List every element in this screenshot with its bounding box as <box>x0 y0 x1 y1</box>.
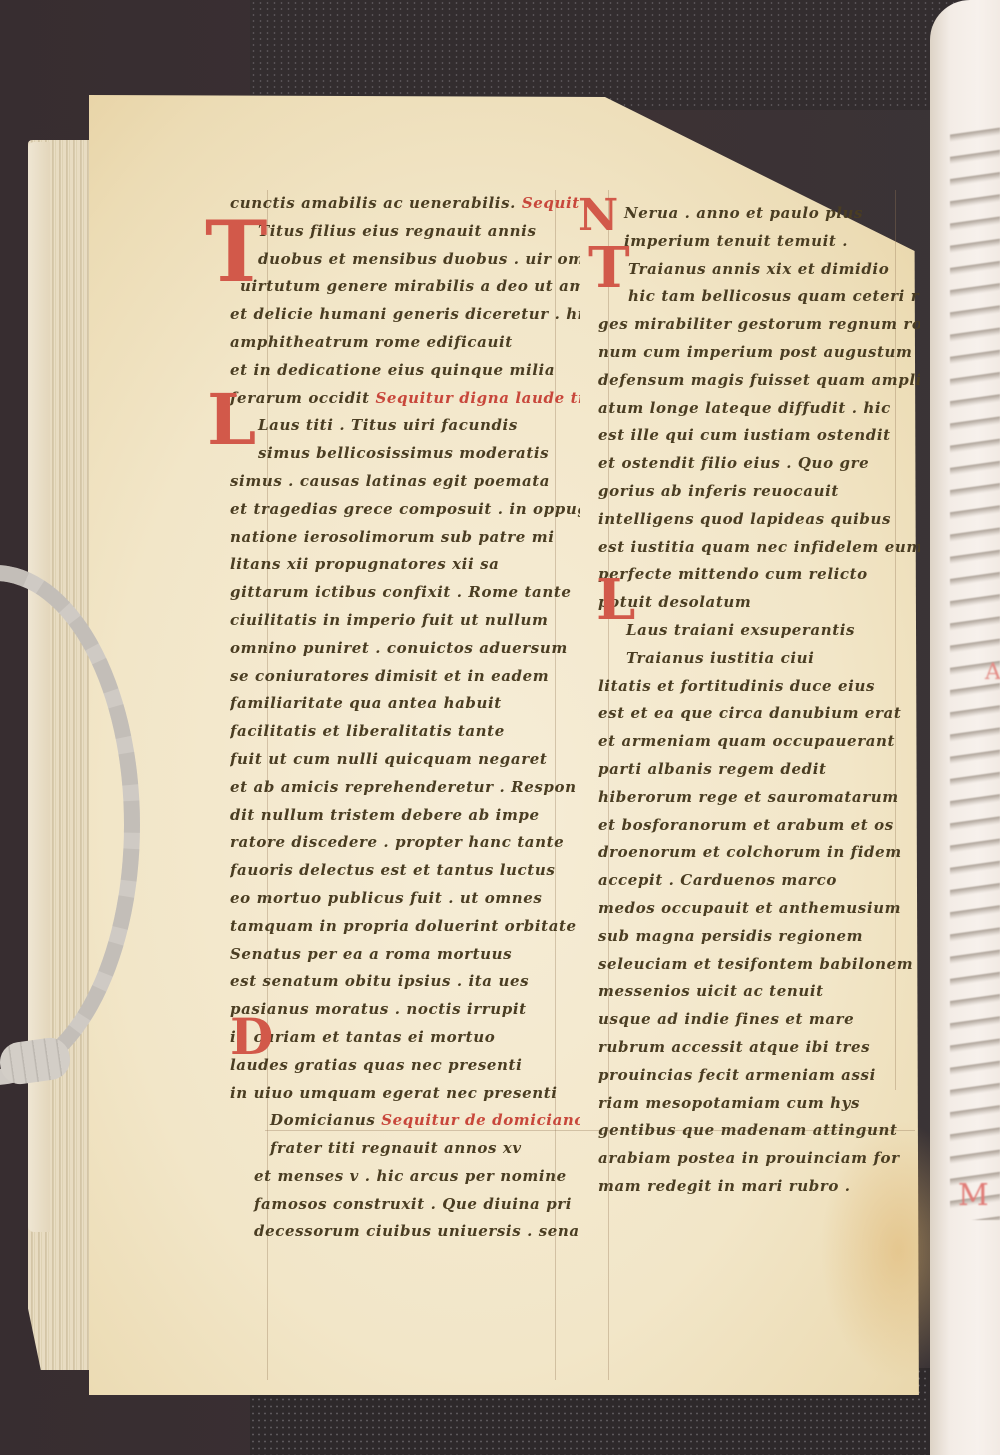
text-line: Senatus per ea a roma mortuus <box>230 941 580 969</box>
text-line: Traianus iustitia ciui <box>598 645 920 673</box>
line-text: est et ea que circa danubium erat <box>598 704 901 722</box>
line-text: omnino puniret . conuictos aduersum <box>230 639 568 657</box>
line-text: droenorum et colchorum in fidem <box>598 843 902 861</box>
facing-page-red-initial: M <box>958 1178 989 1213</box>
text-line: omnino puniret . conuictos aduersum <box>230 635 580 663</box>
text-line: se coniuratores dimisit et in eadem <box>230 663 580 691</box>
line-text: famosos construxit . Que diuina pri <box>254 1195 572 1213</box>
line-text: imperium tenuit temuit . <box>624 232 848 250</box>
line-text: ciuilitatis in imperio fuit ut nullum <box>230 611 548 629</box>
line-text: usque ad indie fines et mare <box>598 1010 854 1028</box>
text-line: amphitheatrum rome edificauit <box>230 329 580 357</box>
text-line: familiaritate qua antea habuit <box>230 690 580 718</box>
line-text: riam mesopotamiam cum hys <box>598 1094 860 1112</box>
text-line: et bosforanorum et arabum et os <box>598 812 920 840</box>
line-text: simus bellicosissimus moderatis <box>258 444 549 462</box>
line-text: ratore discedere . propter hanc tante <box>230 833 564 851</box>
text-line: frater titi regnauit annos xv <box>230 1135 580 1163</box>
line-text: facilitatis et liberalitatis tante <box>230 722 505 740</box>
line-text: num cum imperium post augustum <box>598 343 913 361</box>
line-text: duobus et mensibus duobus . uir omni <box>258 250 580 268</box>
line-text: atum longe lateque diffudit . hic <box>598 399 891 417</box>
text-line: droenorum et colchorum in fidem <box>598 839 920 867</box>
line-text: Traianus annis xix et dimidio <box>628 260 889 278</box>
text-line: rubrum accessit atque ibi tres <box>598 1034 920 1062</box>
line-text: fauoris delectus est et tantus luctus <box>230 861 555 879</box>
line-text: seleuciam et tesifontem babilonem <box>598 955 913 973</box>
line-text: Domicianus <box>270 1111 375 1129</box>
text-line: litans xii propugnatores xii sa <box>230 551 580 579</box>
line-text: sub magna persidis regionem <box>598 927 863 945</box>
line-text: Laus traiani exsuperantis <box>626 621 855 639</box>
line-text: parti albanis regem dedit <box>598 760 827 778</box>
line-text: perfecte mittendo cum relicto <box>598 565 868 583</box>
text-line: seleuciam et tesifontem babilonem <box>598 951 920 979</box>
line-text: defensum magis fuisset quam ampli <box>598 371 920 389</box>
line-text: et tragedias grece composuit . in oppug <box>230 500 580 518</box>
text-line: natione ierosolimorum sub patre mi <box>230 524 580 552</box>
text-line: et in dedicatione eius quinque milia <box>230 357 580 385</box>
text-line: et ostendit filio eius . Quo gre <box>598 450 920 478</box>
text-line: messenios uicit ac tenuit <box>598 978 920 1006</box>
line-text: et delicie humani generis diceretur . hi… <box>230 305 580 323</box>
left-text-column: cunctis amabilis ac uenerabilis. Sequitu… <box>230 190 580 1246</box>
line-text: eo mortuo publicus fuit . ut omnes <box>230 889 542 907</box>
line-text: et ab amicis reprehenderetur . Respon <box>230 778 577 796</box>
rubric-heading: Sequitur de tito <box>522 194 580 212</box>
text-line: hiberorum rege et sauromatarum <box>598 784 920 812</box>
line-text: natione ierosolimorum sub patre mi <box>230 528 555 546</box>
text-line: num cum imperium post augustum <box>598 339 920 367</box>
text-line: duobus et mensibus duobus . uir omni <box>230 246 580 274</box>
text-line: est et ea que circa danubium erat <box>598 700 920 728</box>
text-line: est iustitia quam nec infidelem eum <box>598 534 920 562</box>
text-line: decessorum ciuibus uniuersis . senatus q… <box>230 1218 580 1246</box>
text-line: laudes gratias quas nec presenti <box>230 1052 580 1080</box>
text-line: eo mortuo publicus fuit . ut omnes <box>230 885 580 913</box>
text-line: et delicie humani generis diceretur . hi… <box>230 301 580 329</box>
text-line: ferarum occidit Sequitur digna laude tit… <box>230 385 580 413</box>
line-text: et ostendit filio eius . Quo gre <box>598 454 869 472</box>
text-line: gentibus que madenam attingunt <box>598 1117 920 1145</box>
line-text: arabiam postea in prouinciam for <box>598 1149 900 1167</box>
text-line: cunctis amabilis ac uenerabilis. Sequitu… <box>230 190 580 218</box>
text-line: Traianus annis xix et dimidio <box>598 256 920 284</box>
line-text: hic tam bellicosus quam ceteri re <box>628 287 920 305</box>
text-line: riam mesopotamiam cum hys <box>598 1090 920 1118</box>
line-text: est ille qui cum iustiam ostendit <box>598 426 891 444</box>
text-line: accepit . Carduenos marco <box>598 867 920 895</box>
text-line: ratore discedere . propter hanc tante <box>230 829 580 857</box>
text-line: et armeniam quam occupauerant <box>598 728 920 756</box>
line-text: rubrum accessit atque ibi tres <box>598 1038 870 1056</box>
text-line: intelligens quod lapideas quibus <box>598 506 920 534</box>
text-line: Titus filius eius regnauit annis <box>230 218 580 246</box>
text-line: uirtutum genere mirabilis a deo ut amor <box>230 273 580 301</box>
text-line: Domicianus Sequitur de domiciano <box>230 1107 580 1135</box>
line-text: Titus filius eius regnauit annis <box>258 222 536 240</box>
text-line: prouincias fecit armeniam assi <box>598 1062 920 1090</box>
text-line: hic tam bellicosus quam ceteri re <box>598 283 920 311</box>
line-text: medos occupauit et anthemusium <box>598 899 901 917</box>
line-text: gentibus que madenam attingunt <box>598 1121 898 1139</box>
line-text: dit nullum tristem debere ab impe <box>230 806 540 824</box>
line-text: et bosforanorum et arabum et os <box>598 816 894 834</box>
line-text: decessorum ciuibus uniuersis . senatus q… <box>254 1222 580 1240</box>
text-line: simus bellicosissimus moderatis <box>230 440 580 468</box>
text-line: fuit ut cum nulli quicquam negaret <box>230 746 580 774</box>
text-line: in uiuo umquam egerat nec presenti <box>230 1080 580 1108</box>
text-line: perfecte mittendo cum relicto <box>598 561 920 589</box>
speckled-backdrop-top <box>250 0 1000 110</box>
text-line: simus . causas latinas egit poemata <box>230 468 580 496</box>
facing-page-red-mark: A <box>985 660 1000 685</box>
line-text: Senatus per ea a roma mortuus <box>230 945 512 963</box>
text-line: dit nullum tristem debere ab impe <box>230 802 580 830</box>
line-text: est iustitia quam nec infidelem eum <box>598 538 920 556</box>
line-text: laudes gratias quas nec presenti <box>230 1056 522 1074</box>
text-line: Laus traiani exsuperantis <box>598 617 920 645</box>
initial-T-right: T <box>588 240 630 296</box>
line-text: amphitheatrum rome edificauit <box>230 333 513 351</box>
text-line: litatis et fortitudinis duce eius <box>598 673 920 701</box>
line-text: et menses v . hic arcus per nomine <box>254 1167 567 1185</box>
text-line: parti albanis regem dedit <box>598 756 920 784</box>
text-line: fauoris delectus est et tantus luctus <box>230 857 580 885</box>
line-text: hiberorum rege et sauromatarum <box>598 788 899 806</box>
text-line: atum longe lateque diffudit . hic <box>598 395 920 423</box>
line-text: fuit ut cum nulli quicquam negaret <box>230 750 547 768</box>
text-line: est ille qui cum iustiam ostendit <box>598 422 920 450</box>
text-line: defensum magis fuisset quam ampli <box>598 367 920 395</box>
line-text: prouincias fecit armeniam assi <box>598 1066 876 1084</box>
line-text: simus . causas latinas egit poemata <box>230 472 550 490</box>
rubric-heading: Sequitur de domiciano <box>381 1111 580 1129</box>
line-text: mam redegit in mari rubro . <box>598 1177 851 1195</box>
line-text: messenios uicit ac tenuit <box>598 982 824 1000</box>
line-text: litatis et fortitudinis duce eius <box>598 677 875 695</box>
initial-T-left: T <box>205 210 268 294</box>
line-text: se coniuratores dimisit et in eadem <box>230 667 549 685</box>
line-text: gorius ab inferis reuocauit <box>598 482 839 500</box>
line-text: et in dedicatione eius quinque milia <box>230 361 555 379</box>
initial-L-left: L <box>207 385 256 455</box>
initial-D-left: D <box>230 1012 273 1062</box>
text-line: imperium tenuit temuit . <box>598 228 920 256</box>
line-text: gittarum ictibus confixit . Rome tante <box>230 583 572 601</box>
line-text: ges mirabiliter gestorum regnum roma <box>598 315 920 333</box>
text-line: usque ad indie fines et mare <box>598 1006 920 1034</box>
line-text: frater titi regnauit annos xv <box>270 1139 522 1157</box>
text-line: sub magna persidis regionem <box>598 923 920 951</box>
text-line: Laus titi . Titus uiri facundis <box>230 412 580 440</box>
text-line: et menses v . hic arcus per nomine <box>230 1163 580 1191</box>
initial-L-right: L <box>596 572 635 628</box>
text-line: gittarum ictibus confixit . Rome tante <box>230 579 580 607</box>
line-text: accepit . Carduenos marco <box>598 871 837 889</box>
line-text: est senatum obitu ipsius . ita ues <box>230 972 529 990</box>
text-line: Nerua . anno et paulo plus <box>598 200 920 228</box>
line-text: tamquam in propria doluerint orbitate <box>230 917 577 935</box>
text-line: in curiam et tantas ei mortuo <box>230 1024 580 1052</box>
text-line: gorius ab inferis reuocauit <box>598 478 920 506</box>
line-text: et armeniam quam occupauerant <box>598 732 895 750</box>
text-line: et tragedias grece composuit . in oppug <box>230 496 580 524</box>
line-text: uirtutum genere mirabilis a deo ut amor <box>240 277 580 295</box>
rubric-heading: Sequitur digna laude titi <box>375 389 580 407</box>
line-text: litans xii propugnatores xii sa <box>230 555 499 573</box>
line-text: pasianus moratus . noctis irrupit <box>230 1000 527 1018</box>
text-line: potuit desolatum <box>598 589 920 617</box>
line-text: Nerua . anno et paulo plus <box>624 204 863 222</box>
text-line: et ab amicis reprehenderetur . Respon <box>230 774 580 802</box>
line-text: Laus titi . Titus uiri facundis <box>258 416 518 434</box>
text-line: medos occupauit et anthemusium <box>598 895 920 923</box>
text-line: arabiam postea in prouinciam for <box>598 1145 920 1173</box>
text-line: facilitatis et liberalitatis tante <box>230 718 580 746</box>
text-line: est senatum obitu ipsius . ita ues <box>230 968 580 996</box>
text-line: famosos construxit . Que diuina pri <box>230 1191 580 1219</box>
text-line: pasianus moratus . noctis irrupit <box>230 996 580 1024</box>
line-text: familiaritate qua antea habuit <box>230 694 502 712</box>
line-text: Traianus iustitia ciui <box>626 649 814 667</box>
text-line: ciuilitatis in imperio fuit ut nullum <box>230 607 580 635</box>
text-line: mam redegit in mari rubro . <box>598 1173 920 1201</box>
line-text: in uiuo umquam egerat nec presenti <box>230 1084 558 1102</box>
text-line: ges mirabiliter gestorum regnum roma <box>598 311 920 339</box>
line-text: cunctis amabilis ac uenerabilis. <box>230 194 516 212</box>
initial-N-right: N <box>578 194 618 238</box>
right-text-column: Nerua . anno et paulo plusimperium tenui… <box>598 200 920 1201</box>
text-line: tamquam in propria doluerint orbitate <box>230 913 580 941</box>
line-text: intelligens quod lapideas quibus <box>598 510 891 528</box>
